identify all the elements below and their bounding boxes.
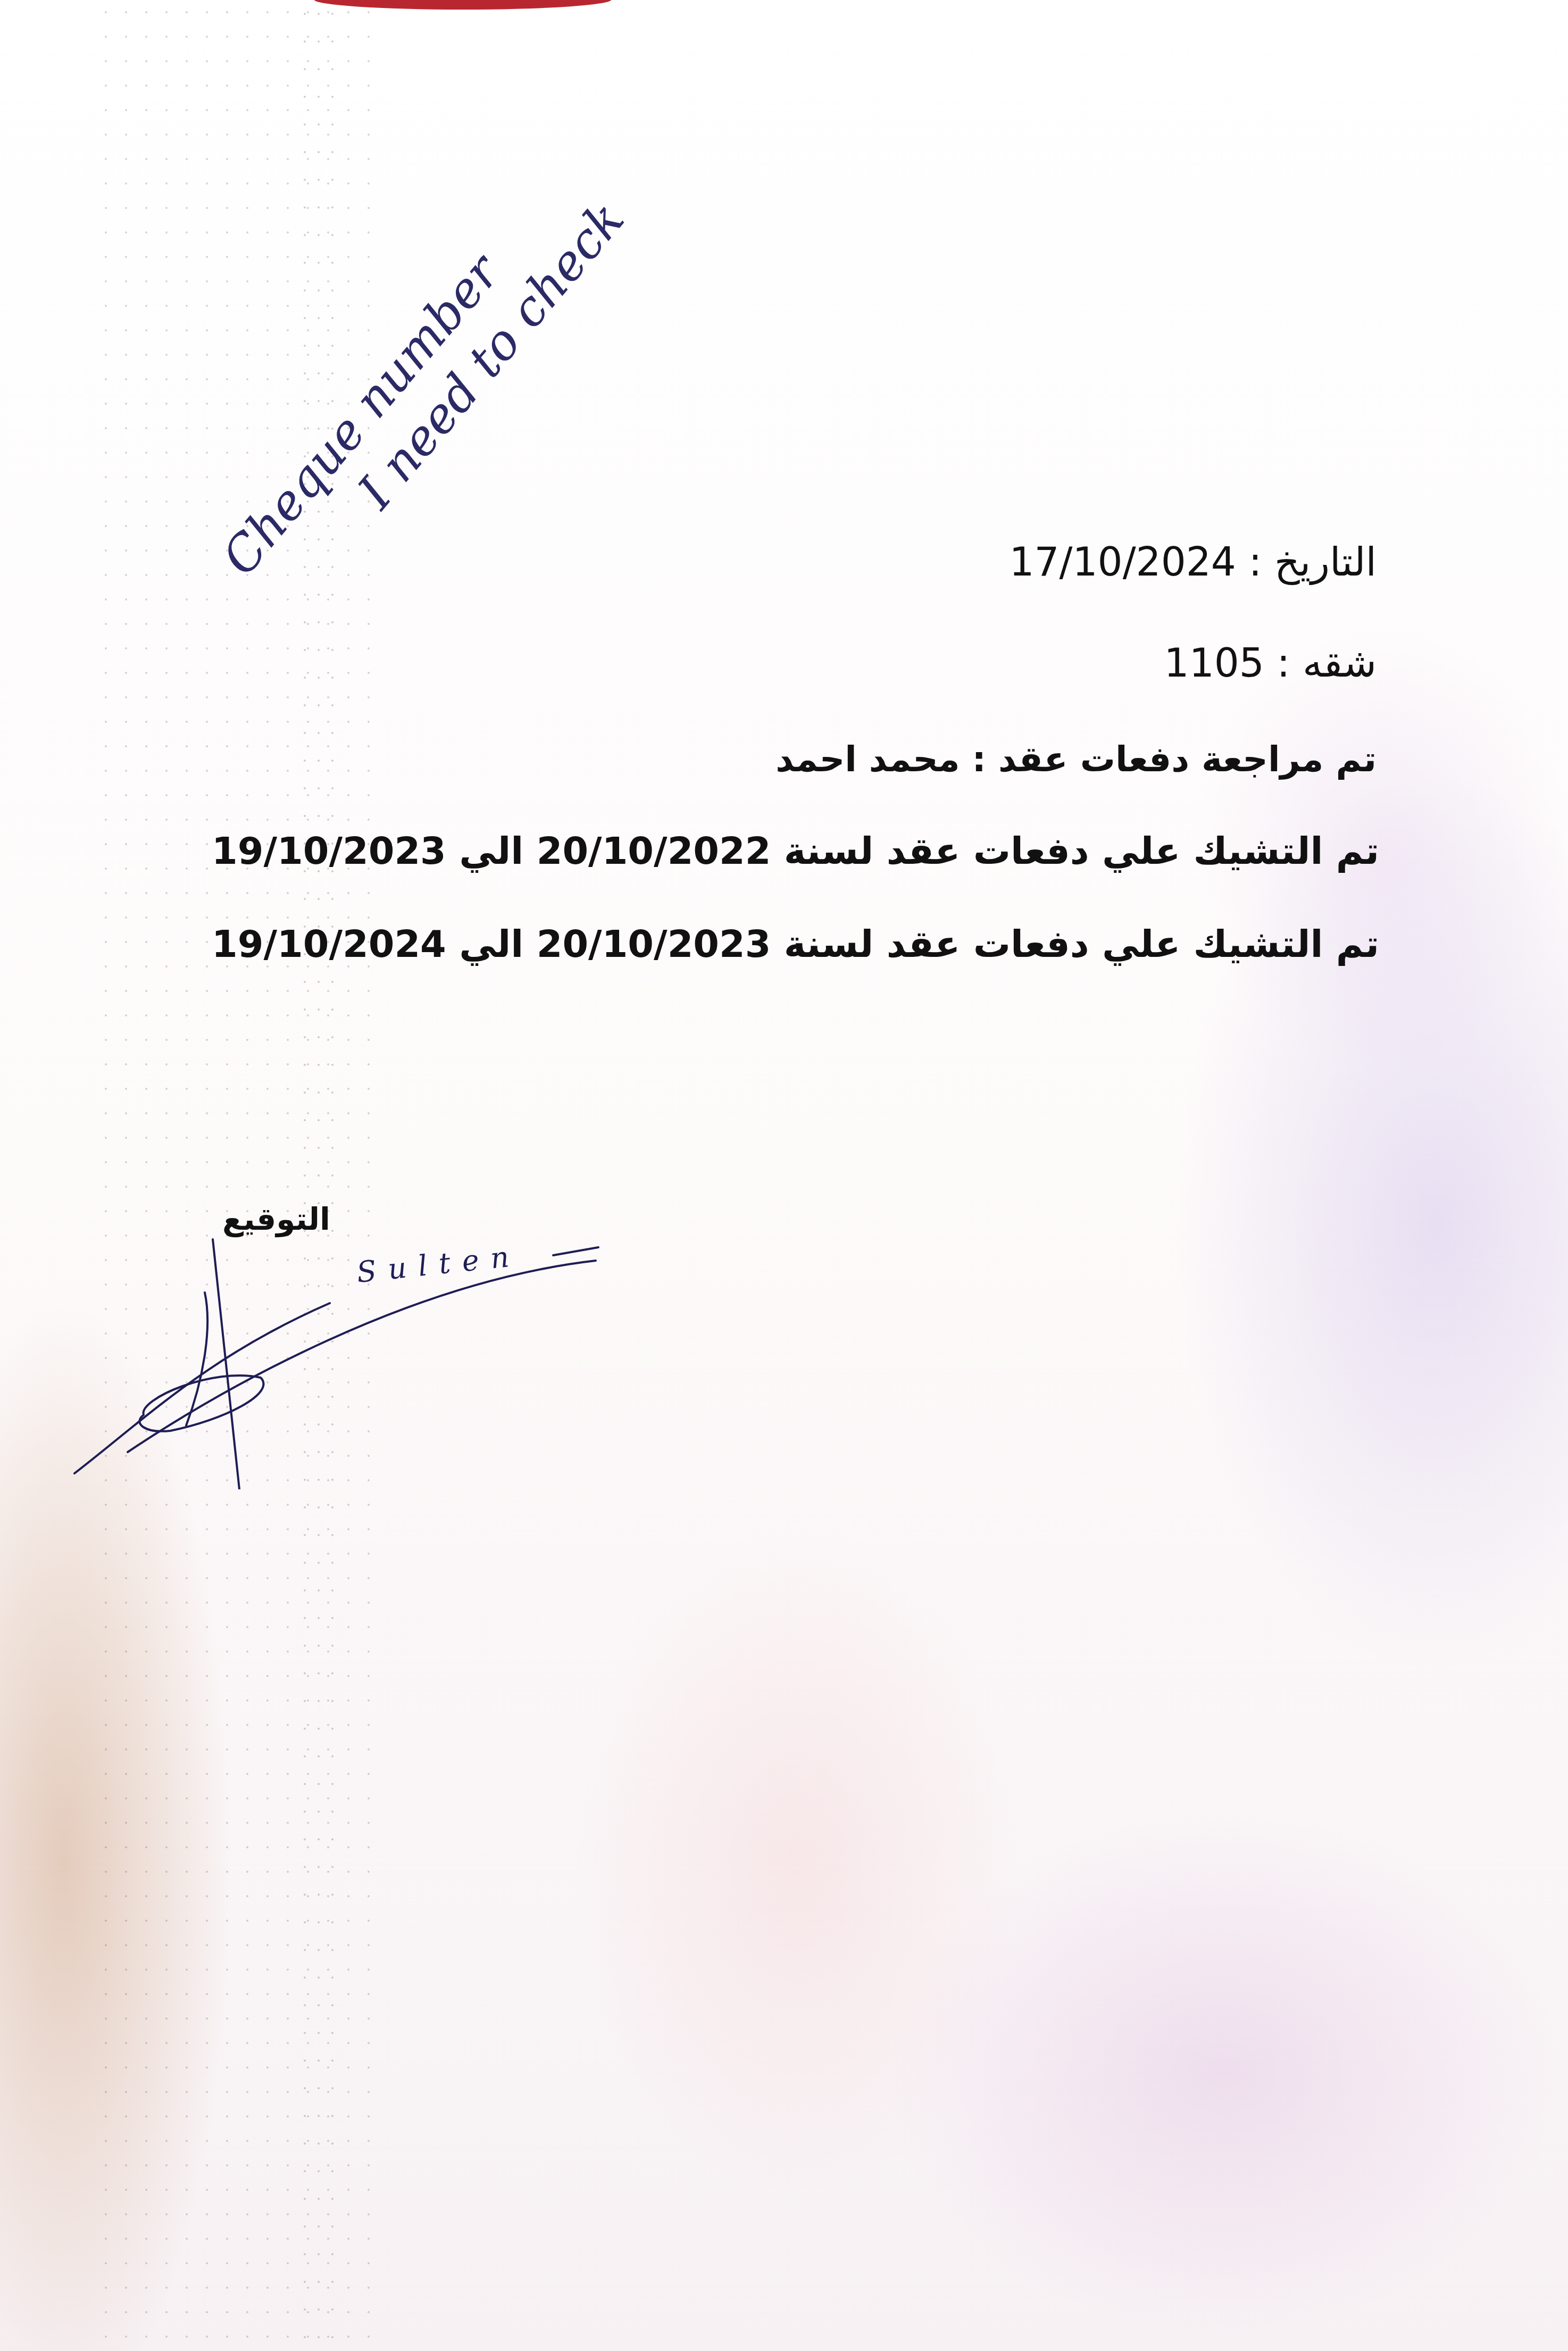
signature-scribble (64, 1223, 622, 1489)
apartment-line: شقه : 1105 (1164, 644, 1377, 683)
date-label: التاريخ : (1248, 539, 1377, 585)
check-prefix: تم التشيك علي دفعات عقد لسنة (784, 829, 1379, 873)
check-to-date: 19/10/2024 (212, 922, 446, 966)
review-line: تم مراجعة دفعات عقد : محمد احمد (775, 742, 1377, 777)
date-value: 17/10/2024 (1009, 539, 1236, 585)
apartment-number: 1105 (1164, 640, 1264, 686)
check-from-date: 20/10/2023 (537, 922, 771, 966)
check-to-date: 19/10/2023 (212, 829, 446, 873)
scanned-page: التاريخ : 17/10/2024 شقه : 1105 تم مراجع… (0, 0, 1568, 2351)
check-line: تم التشيك علي دفعات عقد لسنة 20/10/2022 … (212, 832, 1379, 870)
check-connector: الي (459, 922, 523, 966)
check-connector: الي (459, 829, 523, 873)
check-prefix: تم التشيك علي دفعات عقد لسنة (784, 922, 1379, 966)
check-line: تم التشيك علي دفعات عقد لسنة 20/10/2023 … (212, 926, 1379, 963)
apartment-label: شقه : (1277, 640, 1377, 686)
date-line: التاريخ : 17/10/2024 (1009, 543, 1377, 582)
check-from-date: 20/10/2022 (537, 829, 771, 873)
speckle-pattern (298, 0, 340, 2351)
